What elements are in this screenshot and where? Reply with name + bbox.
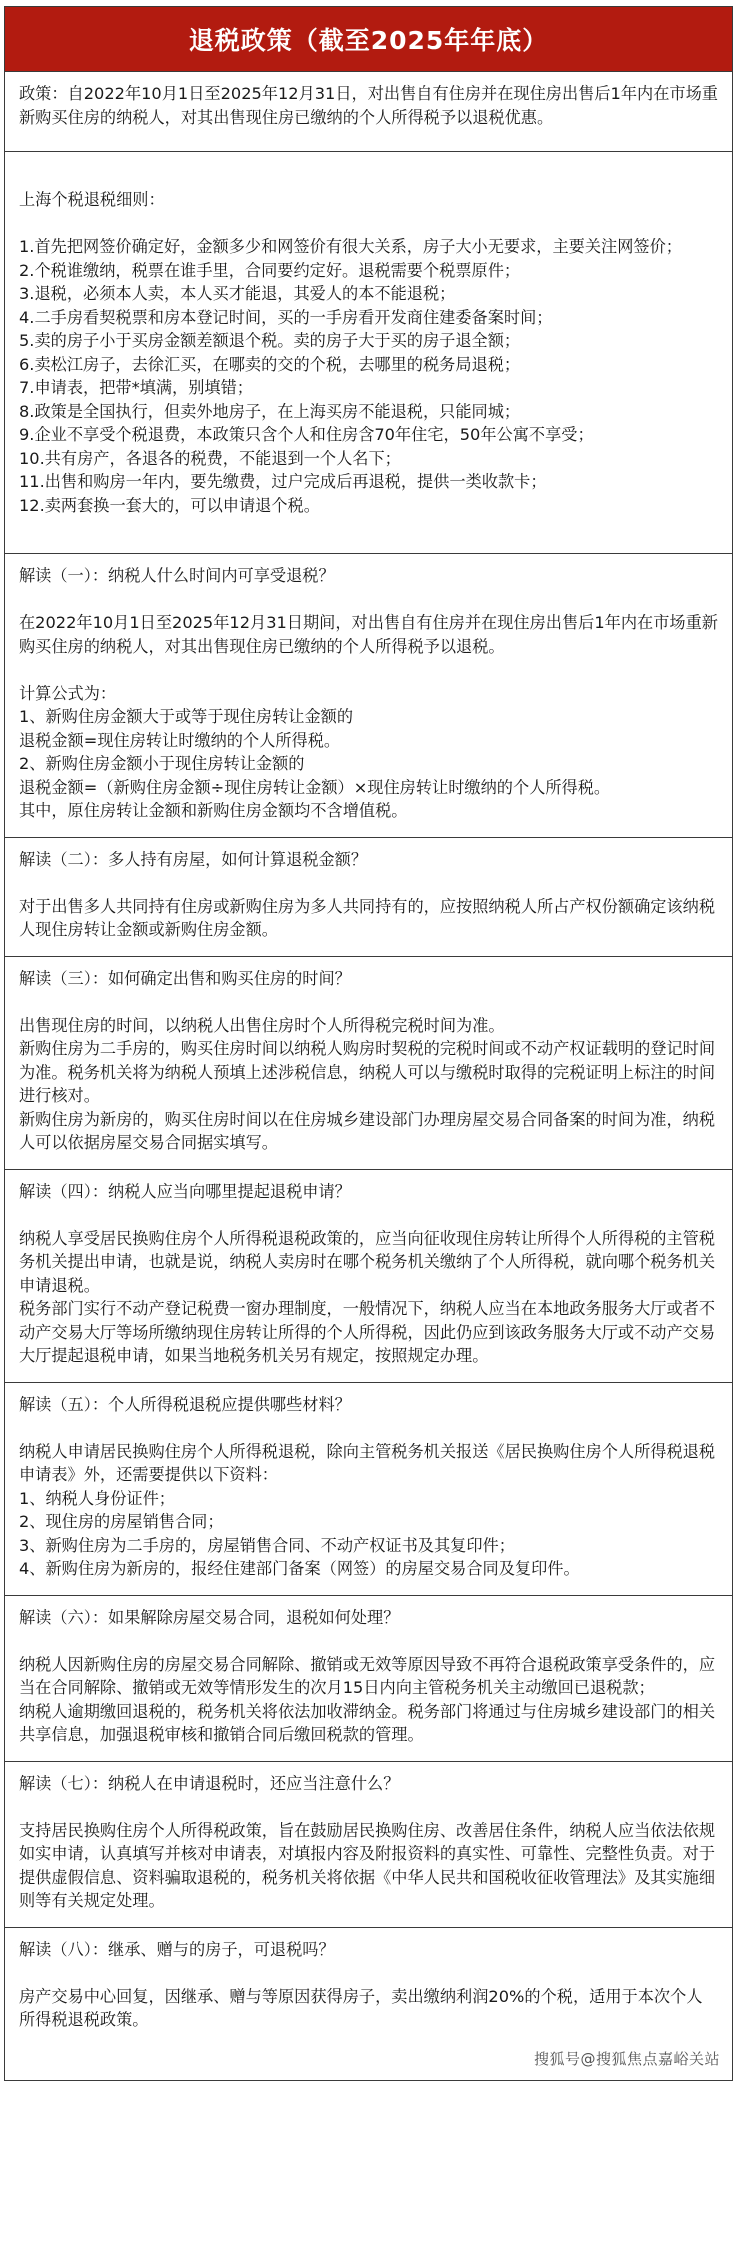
interpretation-3-section: 解读（三）：如何确定出售和购买住房的时间？ 出售现住房的时间，以纳税人出售住房时…	[5, 957, 732, 1170]
interpretation-5-section: 解读（五）：个人所得税退税应提供哪些材料？ 纳税人申请居民换购住房个人所得税退税…	[5, 1383, 732, 1596]
rule-item: 9.企业不享受个税退费，本政策只含个人和住房含70年住宅，50年公寓不享受；	[19, 423, 718, 447]
spacer	[19, 990, 718, 1014]
interpretation-paragraph: 纳税人享受居民换购住房个人所得税退税政策的，应当向征收现住房转让所得个人所得税的…	[19, 1227, 718, 1298]
document-title: 退税政策（截至2025年年底）	[189, 21, 549, 57]
formula-title: 计算公式为：	[19, 682, 718, 706]
shanghai-rules-section: 上海个税退税细则： 1.首先把网签价确定好，金额多少和网签价有很大关系，房子大小…	[5, 152, 732, 554]
interpretation-title: 解读（四）：纳税人应当向哪里提起退税申请？	[19, 1180, 718, 1204]
spacer	[19, 212, 718, 236]
rule-item: 12.卖两套换一套大的，可以申请退个税。	[19, 494, 718, 518]
spacer	[19, 1203, 718, 1227]
spacer	[19, 1961, 718, 1985]
material-item: 1、纳税人身份证件；	[19, 1487, 718, 1511]
interpretation-paragraph: 对于出售多人共同持有住房或新购住房为多人共同持有的，应按照纳税人所占产权份额确定…	[19, 895, 718, 942]
formula-line: 1、新购住房金额大于或等于现住房转让金额的	[19, 705, 718, 729]
material-item: 3、新购住房为二手房的，房屋销售合同、不动产权证书及其复印件；	[19, 1534, 718, 1558]
interpretation-paragraph: 房产交易中心回复，因继承、赠与等原因获得房子，卖出缴纳利润20%的个税，适用于本…	[19, 1985, 718, 2032]
document-header: 退税政策（截至2025年年底）	[5, 7, 732, 72]
interpretation-7-section: 解读（七）：纳税人在申请退税时，还应当注意什么？ 支持居民换购住房个人所得税政策…	[5, 1762, 732, 1928]
material-item: 4、新购住房为新房的，报经住建部门备案（网签）的房屋交易合同及复印件。	[19, 1557, 718, 1581]
source-watermark: 搜狐号@搜狐焦点嘉峪关站	[534, 2048, 720, 2072]
interpretation-title: 解读（二）：多人持有房屋，如何计算退税金额？	[19, 848, 718, 872]
interpretation-title: 解读（五）：个人所得税退税应提供哪些材料？	[19, 1393, 718, 1417]
interpretation-paragraph: 支持居民换购住房个人所得税政策，旨在鼓励居民换购住房、改善居住条件，纳税人应当依…	[19, 1819, 718, 1913]
interpretation-paragraph: 在2022年10月1日至2025年12月31日期间，对出售自有住房并在现住房出售…	[19, 611, 718, 658]
interpretation-2-section: 解读（二）：多人持有房屋，如何计算退税金额？ 对于出售多人共同持有住房或新购住房…	[5, 838, 732, 957]
spacer	[19, 588, 718, 612]
material-item: 2、现住房的房屋销售合同；	[19, 1510, 718, 1534]
interpretation-paragraph: 新购住房为二手房的，购买住房时间以纳税人购房时契税的完税时间或不动产权证载明的登…	[19, 1037, 718, 1108]
rule-item: 10.共有房产，各退各的税费，不能退到一个人名下；	[19, 447, 718, 471]
interpretation-title: 解读（一）：纳税人什么时间内可享受退税？	[19, 564, 718, 588]
formula-line: 2、新购住房金额小于现住房转让金额的	[19, 752, 718, 776]
interpretation-1-section: 解读（一）：纳税人什么时间内可享受退税？ 在2022年10月1日至2025年12…	[5, 554, 732, 838]
rule-item: 2.个税谁缴纳，税票在谁手里，合同要约定好。退税需要个税票原件；	[19, 259, 718, 283]
formula-line: 退税金额=现住房转让时缴纳的个人所得税。	[19, 729, 718, 753]
interpretation-paragraph: 纳税人逾期缴回退税的，税务机关将依法加收滞纳金。税务部门将通过与住房城乡建设部门…	[19, 1700, 718, 1747]
rule-item: 8.政策是全国执行，但卖外地房子，在上海买房不能退税，只能同城；	[19, 400, 718, 424]
spacer	[19, 1629, 718, 1653]
interpretation-paragraph: 纳税人因新购住房的房屋交易合同解除、撤销或无效等原因导致不再符合退税政策享受条件…	[19, 1653, 718, 1700]
interpretation-paragraph: 新购住房为新房的，购买住房时间以在住房城乡建设部门办理房屋交易合同备案的时间为准…	[19, 1108, 718, 1155]
formula-line: 退税金额=（新购住房金额÷现住房转让金额）×现住房转让时缴纳的个人所得税。	[19, 776, 718, 800]
policy-summary-section: 政策：自2022年10月1日至2025年12月31日，对出售自有住房并在现住房出…	[5, 72, 732, 152]
interpretation-paragraph: 出售现住房的时间，以纳税人出售住房时个人所得税完税时间为准。	[19, 1014, 718, 1038]
interpretation-4-section: 解读（四）：纳税人应当向哪里提起退税申请？ 纳税人享受居民换购住房个人所得税退税…	[5, 1170, 732, 1383]
formula-line: 其中，原住房转让金额和新购住房金额均不含增值税。	[19, 799, 718, 823]
interpretation-paragraph: 纳税人申请居民换购住房个人所得税退税，除向主管税务机关报送《居民换购住房个人所得…	[19, 1440, 718, 1487]
interpretation-title: 解读（七）：纳税人在申请退税时，还应当注意什么？	[19, 1772, 718, 1796]
rule-item: 5.卖的房子小于买房金额差额退个税。卖的房子大于买的房子退全额；	[19, 329, 718, 353]
policy-summary-text: 政策：自2022年10月1日至2025年12月31日，对出售自有住房并在现住房出…	[19, 82, 718, 129]
interpretation-8-section: 解读（八）：继承、赠与的房子，可退税吗？ 房产交易中心回复，因继承、赠与等原因获…	[5, 1928, 732, 2080]
rule-item: 1.首先把网签价确定好，金额多少和网签价有很大关系，房子大小无要求，主要关注网签…	[19, 235, 718, 259]
rule-item: 3.退税，必须本人卖，本人买才能退，其爱人的本不能退税；	[19, 282, 718, 306]
interpretation-6-section: 解读（六）：如果解除房屋交易合同，退税如何处理？ 纳税人因新购住房的房屋交易合同…	[5, 1596, 732, 1762]
rule-item: 4.二手房看契税票和房本登记时间，买的一手房看开发商住建委备案时间；	[19, 306, 718, 330]
rule-item: 11.出售和购房一年内，要先缴费，过户完成后再退税，提供一类收款卡；	[19, 470, 718, 494]
interpretation-title: 解读（六）：如果解除房屋交易合同，退税如何处理？	[19, 1606, 718, 1630]
rule-item: 7.申请表，把带*填满，别填错；	[19, 376, 718, 400]
spacer	[19, 1795, 718, 1819]
rule-item: 6.卖松江房子，去徐汇买，在哪卖的交的个税，去哪里的税务局退税；	[19, 353, 718, 377]
spacer	[19, 1416, 718, 1440]
interpretation-title: 解读（三）：如何确定出售和购买住房的时间？	[19, 967, 718, 991]
interpretation-paragraph: 税务部门实行不动产登记税费一窗办理制度，一般情况下，纳税人应当在本地政务服务大厅…	[19, 1297, 718, 1368]
spacer	[19, 871, 718, 895]
policy-document: 退税政策（截至2025年年底） 政策：自2022年10月1日至2025年12月3…	[4, 6, 733, 2081]
interpretation-title: 解读（八）：继承、赠与的房子，可退税吗？	[19, 1938, 718, 1962]
spacer	[19, 658, 718, 682]
shanghai-rules-title: 上海个税退税细则：	[19, 188, 718, 212]
